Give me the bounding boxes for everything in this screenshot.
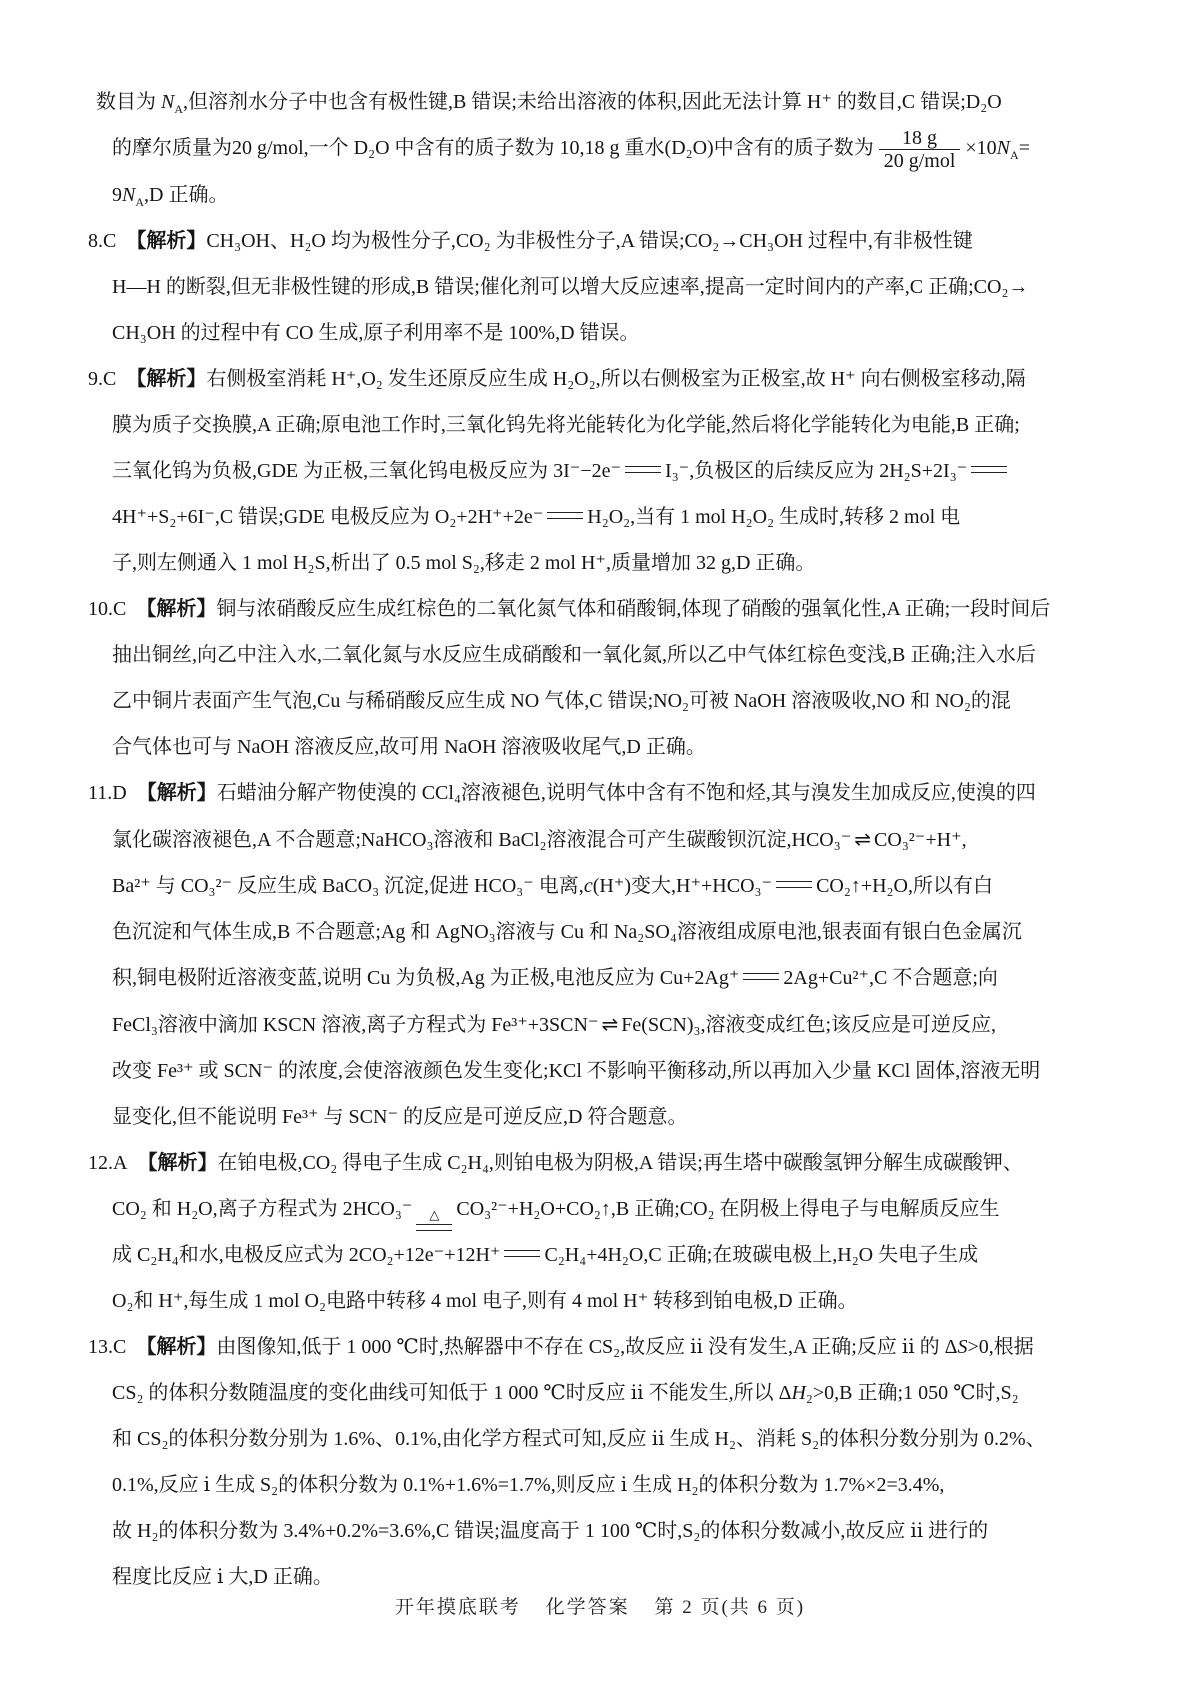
answer-label: 12.A xyxy=(88,1152,127,1174)
text-line: 12.A【解析】在铂电极,CO₂ 得电子生成 C₂H₄,则铂电极为阴极,A 错误… xyxy=(88,1140,1120,1186)
answer-label: 8.C xyxy=(88,230,116,252)
bold-text: 【解析】 xyxy=(126,368,206,390)
text-line: CS₂ 的体积分数随温度的变化曲线可知低于 1 000 ℃时反应 ⅱ 不能发生,… xyxy=(88,1370,1120,1416)
text-line: 9.C【解析】右侧极室消耗 H⁺,O₂ 发生还原反应生成 H₂O₂,所以右侧极室… xyxy=(88,356,1120,402)
text-line: 子,则左侧通入 1 mol H₂S,析出了 0.5 mol S₂,移走 2 mo… xyxy=(88,540,1120,586)
answer-label: 13.C xyxy=(88,1336,126,1358)
equilibrium-arrow: ⇌ xyxy=(602,1012,619,1036)
subscript: A xyxy=(174,102,183,116)
footer-subject: 化学答案 xyxy=(546,1597,630,1618)
text-line: H—H 的断裂,但无非极性键的形成,B 错误;催化剂可以增大反应速率,提高一定时… xyxy=(88,264,1120,310)
text-line: 色沉淀和气体生成,B 不合题意;Ag 和 AgNO₃溶液与 Cu 和 Na₂SO… xyxy=(88,909,1120,955)
text-line: 11.D【解析】石蜡油分解产物使溴的 CCl₄溶液褪色,说明气体中含有不饱和烃,… xyxy=(88,770,1120,816)
chem-equals-sign xyxy=(504,1250,540,1257)
answer-label: 10.C xyxy=(88,598,126,620)
fraction: 18 g20 g/mol xyxy=(879,127,961,172)
bold-text: 【解析】 xyxy=(137,782,217,804)
bold-text: 【解析】 xyxy=(137,1152,217,1174)
text-line: O₂和 H⁺,每生成 1 mol O₂电路中转移 4 mol 电子,则有 4 m… xyxy=(88,1278,1120,1324)
answer-label: 9.C xyxy=(88,368,116,390)
italic-symbol: N xyxy=(122,184,135,206)
text-line: 8.C【解析】CH₃OH、H₂O 均为极性分子,CO₂ 为非极性分子,A 错误;… xyxy=(88,218,1120,264)
text-line: CO₂ 和 H₂O,离子方程式为 2HCO₃⁻△CO₃²⁻+H₂O+CO₂↑,B… xyxy=(88,1186,1120,1232)
text-line: 9NA,D 正确。 xyxy=(88,172,1120,218)
equals-with-delta: △ xyxy=(416,1209,452,1231)
text-line: 故 H₂的体积分数为 3.4%+0.2%=3.6%,C 错误;温度高于 1 10… xyxy=(88,1508,1120,1554)
bold-text: 【解析】 xyxy=(126,230,206,252)
text-line: 抽出铜丝,向乙中注入水,二氧化氮与水反应生成硝酸和一氧化氮,所以乙中气体红棕色变… xyxy=(88,632,1120,678)
chem-equals-sign xyxy=(743,973,779,980)
italic-symbol: N xyxy=(997,137,1010,159)
footer-page-info: 第 2 页(共 6 页) xyxy=(654,1597,805,1618)
delta-condition-icon: △ xyxy=(429,1209,439,1222)
italic-symbol: S xyxy=(958,1336,968,1358)
text-line: 成 C₂H₄和水,电极反应式为 2CO₂+12e⁻+12H⁺C₂H₄+4H₂O,… xyxy=(88,1232,1120,1278)
text-line: 显变化,但不能说明 Fe³⁺ 与 SCN⁻ 的反应是可逆反应,D 符合题意。 xyxy=(88,1094,1120,1140)
text-line: 4H⁺+S₂+6I⁻,C 错误;GDE 电极反应为 O₂+2H⁺+2e⁻H₂O₂… xyxy=(88,494,1120,540)
text-line: 0.1%,反应 ⅰ 生成 S₂的体积分数为 0.1%+1.6%=1.7%,则反应… xyxy=(88,1462,1120,1508)
subscript: A xyxy=(135,195,144,209)
page-footer: 开年摸底联考 化学答案 第 2 页(共 6 页) xyxy=(0,1592,1200,1619)
chem-equals-sign xyxy=(625,466,661,473)
text-line: 13.C【解析】由图像知,低于 1 000 ℃时,热解器中不存在 CS₂,故反应… xyxy=(88,1324,1120,1370)
text-line: 膜为质子交换膜,A 正确;原电池工作时,三氧化钨先将光能转化为化学能,然后将化学… xyxy=(88,402,1120,448)
text-line: 三氧化钨为负极,GDE 为正极,三氧化钨电极反应为 3I⁻−2e⁻I₃⁻,负极区… xyxy=(88,448,1120,494)
answer-label: 11.D xyxy=(88,782,127,804)
text-line: FeCl₃溶液中滴加 KSCN 溶液,离子方程式为 Fe³⁺+3SCN⁻⇌Fe(… xyxy=(88,1001,1120,1048)
text-line: 改变 Fe³⁺ 或 SCN⁻ 的浓度,会使溶液颜色发生变化;KCl 不影响平衡移… xyxy=(88,1048,1120,1094)
italic-symbol: H xyxy=(791,1382,805,1404)
answer-item: 数目为 NA,但溶剂水分子中也含有极性键,B 错误;未给出溶液的体积,因此无法计… xyxy=(88,79,1120,218)
answer-item: 13.C【解析】由图像知,低于 1 000 ℃时,热解器中不存在 CS₂,故反应… xyxy=(88,1324,1120,1600)
bold-text: 【解析】 xyxy=(136,1336,216,1358)
answer-item: 12.A【解析】在铂电极,CO₂ 得电子生成 C₂H₄,则铂电极为阴极,A 错误… xyxy=(88,1140,1120,1324)
text-line: 乙中铜片表面产生气泡,Cu 与稀硝酸反应生成 NO 气体,C 错误;NO₂可被 … xyxy=(88,678,1120,724)
text-line: Ba²⁺ 与 CO₃²⁻ 反应生成 BaCO₃ 沉淀,促进 HCO₃⁻ 电离,c… xyxy=(88,863,1120,909)
text-line: 10.C【解析】铜与浓硝酸反应生成红棕色的二氧化氮气体和硝酸铜,体现了硝酸的强氧… xyxy=(88,586,1120,632)
text-line: 合气体也可与 NaOH 溶液反应,故可用 NaOH 溶液吸收尾气,D 正确。 xyxy=(88,724,1120,770)
document-page: 数目为 NA,但溶剂水分子中也含有极性键,B 错误;未给出溶液的体积,因此无法计… xyxy=(0,0,1200,1698)
chem-equals-sign xyxy=(776,881,812,888)
bold-text: 【解析】 xyxy=(136,598,216,620)
equilibrium-arrow: ⇌ xyxy=(854,827,871,851)
text-line: CH₃OH 的过程中有 CO 生成,原子利用率不是 100%,D 错误。 xyxy=(88,310,1120,356)
chem-equals-sign xyxy=(547,512,583,519)
text-line: 积,铜电极附近溶液变蓝,说明 Cu 为负极,Ag 为正极,电池反应为 Cu+2A… xyxy=(88,955,1120,1001)
text-line: 的摩尔质量为20 g/mol,一个 D₂O 中含有的质子数为 10,18 g 重… xyxy=(88,125,1120,172)
text-line: 氯化碳溶液褪色,A 不合题意;NaHCO₃溶液和 BaCl₂溶液混合可产生碳酸钡… xyxy=(88,816,1120,863)
text-line: 数目为 NA,但溶剂水分子中也含有极性键,B 错误;未给出溶液的体积,因此无法计… xyxy=(88,79,1120,125)
text-line: 和 CS₂的体积分数分别为 1.6%、0.1%,由化学方程式可知,反应 ⅱ 生成… xyxy=(88,1416,1120,1462)
footer-exam-name: 开年摸底联考 xyxy=(395,1597,521,1618)
italic-symbol: N xyxy=(161,91,174,113)
chem-equals-sign xyxy=(971,466,1007,473)
subscript: A xyxy=(1010,148,1019,162)
answer-item: 10.C【解析】铜与浓硝酸反应生成红棕色的二氧化氮气体和硝酸铜,体现了硝酸的强氧… xyxy=(88,586,1120,770)
answer-item: 11.D【解析】石蜡油分解产物使溴的 CCl₄溶液褪色,说明气体中含有不饱和烃,… xyxy=(88,770,1120,1140)
answer-list: 数目为 NA,但溶剂水分子中也含有极性键,B 错误;未给出溶液的体积,因此无法计… xyxy=(88,79,1120,1600)
italic-symbol: c xyxy=(584,875,593,897)
answer-item: 9.C【解析】右侧极室消耗 H⁺,O₂ 发生还原反应生成 H₂O₂,所以右侧极室… xyxy=(88,356,1120,586)
answer-item: 8.C【解析】CH₃OH、H₂O 均为极性分子,CO₂ 为非极性分子,A 错误;… xyxy=(88,218,1120,356)
